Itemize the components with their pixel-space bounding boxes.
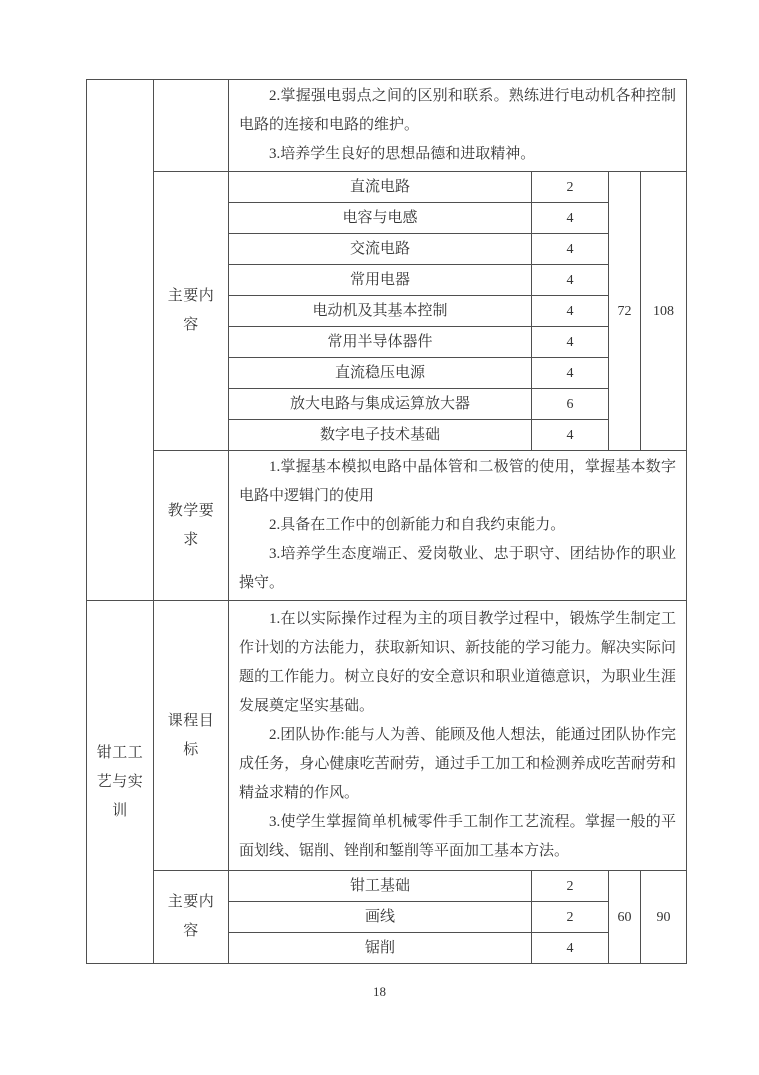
subtotal-hours-cell: 72	[609, 172, 641, 451]
hours-cell: 4	[532, 933, 609, 964]
hours-cell: 2	[532, 172, 609, 203]
hours-cell: 4	[532, 265, 609, 296]
total-hours-cell: 90	[641, 871, 687, 964]
topic-cell: 常用电器	[229, 265, 532, 296]
hours-cell: 4	[532, 358, 609, 389]
requirements-continued-cell: 2.掌握强电弱点之间的区别和联系。熟练进行电动机各种控制电路的连接和电路的维护。…	[229, 80, 687, 172]
paragraph: 2.团队协作:能与人为善、能顾及他人想法，能通过团队协作完成任务，身心健康吃苦耐…	[239, 721, 676, 808]
table-row: 钳工工艺与实训 课程目标 1.在以实际操作过程为主的项目教学过程中，锻炼学生制定…	[87, 601, 687, 871]
table-row: 2.掌握强电弱点之间的区别和联系。熟练进行电动机各种控制电路的连接和电路的维护。…	[87, 80, 687, 172]
category-cell-fitter-course: 钳工工艺与实训	[87, 601, 154, 964]
paragraph: 3.培养学生态度端正、爱岗敬业、忠于职守、团结协作的职业操守。	[239, 540, 676, 598]
row-label-empty	[154, 80, 229, 172]
row-label-main-content: 主要内容	[154, 871, 229, 964]
paragraph: 1.在以实际操作过程为主的项目教学过程中，锻炼学生制定工作计划的方法能力，获取新…	[239, 605, 676, 721]
topic-cell: 数字电子技术基础	[229, 420, 532, 451]
hours-cell: 4	[532, 234, 609, 265]
paragraph: 2.掌握强电弱点之间的区别和联系。熟练进行电动机各种控制电路的连接和电路的维护。	[239, 82, 676, 140]
page-number: 18	[0, 984, 759, 1000]
topic-cell: 直流稳压电源	[229, 358, 532, 389]
total-hours-cell: 108	[641, 172, 687, 451]
topic-cell: 锯削	[229, 933, 532, 964]
hours-cell: 4	[532, 203, 609, 234]
hours-cell: 6	[532, 389, 609, 420]
table-row: 教学要求 1.掌握基本模拟电路中晶体管和二极管的使用，掌握基本数字电路中逻辑门的…	[87, 451, 687, 601]
row-label-teaching-requirements: 教学要求	[154, 451, 229, 601]
topic-cell: 电动机及其基本控制	[229, 296, 532, 327]
hours-cell: 4	[532, 327, 609, 358]
row-label-main-content: 主要内容	[154, 172, 229, 451]
table-row: 主要内容 钳工基础 2 60 90	[87, 871, 687, 902]
topic-cell: 画线	[229, 902, 532, 933]
topic-cell: 常用半导体器件	[229, 327, 532, 358]
subtotal-hours-cell: 60	[609, 871, 641, 964]
topic-cell: 电容与电感	[229, 203, 532, 234]
curriculum-table: 2.掌握强电弱点之间的区别和联系。熟练进行电动机各种控制电路的连接和电路的维护。…	[86, 79, 687, 964]
topic-cell: 直流电路	[229, 172, 532, 203]
topic-cell: 交流电路	[229, 234, 532, 265]
hours-cell: 2	[532, 902, 609, 933]
paragraph: 3.培养学生良好的思想品德和进取精神。	[239, 140, 676, 169]
course-objectives-cell: 1.在以实际操作过程为主的项目教学过程中，锻炼学生制定工作计划的方法能力，获取新…	[229, 601, 687, 871]
hours-cell: 4	[532, 420, 609, 451]
paragraph: 2.具备在工作中的创新能力和自我约束能力。	[239, 511, 676, 540]
category-cell-previous-course	[87, 80, 154, 601]
table-row: 主要内容 直流电路 2 72 108	[87, 172, 687, 203]
hours-cell: 4	[532, 296, 609, 327]
paragraph: 3.使学生掌握简单机械零件手工制作工艺流程。掌握一般的平面划线、锯削、锉削和錾削…	[239, 808, 676, 866]
topic-cell: 放大电路与集成运算放大器	[229, 389, 532, 420]
topic-cell: 钳工基础	[229, 871, 532, 902]
document-page: 2.掌握强电弱点之间的区别和联系。熟练进行电动机各种控制电路的连接和电路的维护。…	[0, 0, 759, 1075]
hours-cell: 2	[532, 871, 609, 902]
teaching-requirements-cell: 1.掌握基本模拟电路中晶体管和二极管的使用，掌握基本数字电路中逻辑门的使用 2.…	[229, 451, 687, 601]
paragraph: 1.掌握基本模拟电路中晶体管和二极管的使用，掌握基本数字电路中逻辑门的使用	[239, 453, 676, 511]
row-label-course-objectives: 课程目标	[154, 601, 229, 871]
